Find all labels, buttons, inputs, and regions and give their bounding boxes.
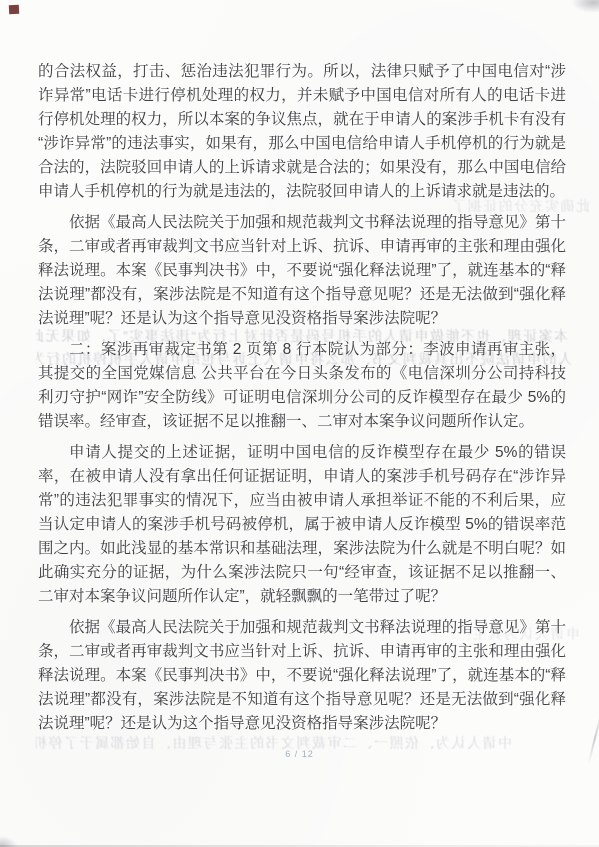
paragraph: 依据《最高人民法院关于加强和规范裁判文书释法说理的指导意见》第十条，二审或者再审…	[38, 616, 566, 736]
document-body: 的合法权益，打击、惩治违法犯罪行为。所以，法律只赋予了中国电信对“涉诈异常”电话…	[38, 60, 566, 743]
document-page: 的合法权益，打击、惩治违法犯罪行为。所以，法律只赋予了中国电信对“涉诈异常”电话…	[0, 0, 599, 847]
scan-smudge-top-right	[571, 0, 599, 13]
red-stamp-mark	[9, 5, 19, 15]
paragraph: 的合法权益，打击、惩治违法犯罪行为。所以，法律只赋予了中国电信对“涉诈异常”电话…	[38, 60, 566, 204]
paragraph: 申请人提交的上述证据，证明中国电信的反诈模型存在最少 5%的错误率，在被申请人没…	[38, 441, 566, 609]
page-number: 6 / 12	[0, 749, 599, 759]
paragraph: 二：案涉再审裁定书第 2 页第 8 行本院认为部分：李波申请再审主张，其提交的全…	[38, 338, 566, 434]
paragraph: 依据《最高人民法院关于加强和规范裁判文书释法说理的指导意见》第十条，二审或者再审…	[38, 211, 566, 331]
